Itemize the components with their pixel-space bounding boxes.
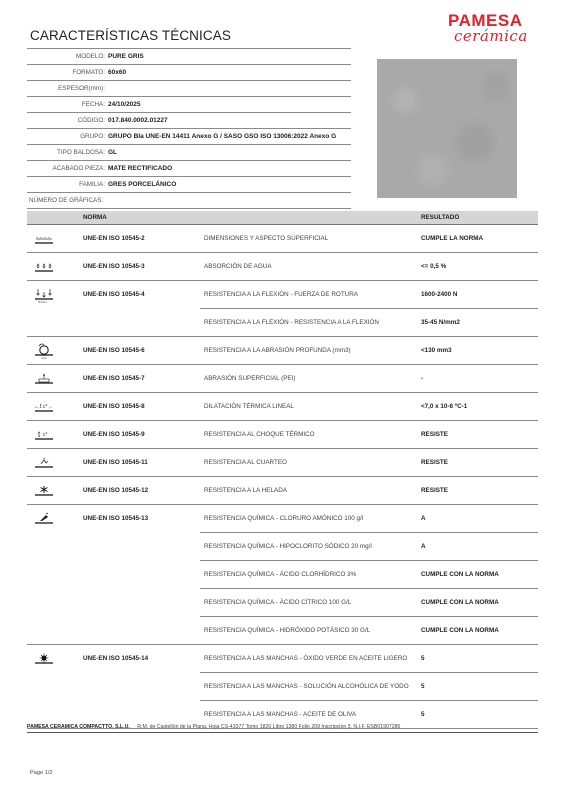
svg-text:t: t [38,430,41,439]
norm-group: N/mm²UNE-EN ISO 10545-4RESISTENCIA A LA … [27,281,538,337]
norm-group: UNE-EN ISO 10545-2DIMENSIONES Y ASPECTO … [27,225,538,253]
norma-code: UNE-EN ISO 10545-3 [83,263,145,270]
table-row: RESISTENCIA QUÍMICA - ÁCIDO CÍTRICO 100 … [200,588,538,616]
test-description: RESISTENCIA A LA FLEXIÓN - RESISTENCIA A… [204,319,379,326]
spec-row: CÓDIGO:017.840.0002.01227 [27,112,351,128]
test-description: RESISTENCIA A LA FLEXIÓN - FUERZA DE ROT… [204,291,358,298]
table-row: RESISTENCIA A LAS MANCHAS - SOLUCIÓN ALC… [200,672,538,700]
test-description: RESISTENCIA AL CUARTEO [204,459,287,466]
test-result: RESISTE [421,459,448,466]
chemical-icon [33,511,55,527]
test-result: CUMPLE CON LA NORMA [421,599,499,606]
spec-row: NÚMERO DE GRÁFICAS: [27,192,351,209]
norm-group: ←tc°→UNE-EN ISO 10545-8DILATACIÓN TÉRMIC… [27,393,538,421]
norm-group: UNE-EN ISO 10545-12RESISTENCIA A LA HELA… [27,477,538,505]
norm-group: UNE-EN ISO 10545-3ABSORCIÓN DE AGUA<= 0,… [27,253,538,281]
test-result: 35-45 N/mm2 [421,319,460,326]
spec-label: GRUPO: [27,133,108,140]
norma-code: UNE-EN ISO 10545-4 [83,291,145,298]
test-description: RESISTENCIA A LAS MANCHAS - SOLUCIÓN ALC… [204,683,409,690]
spec-row: FORMATO:60x60 [27,64,351,80]
svg-text:mm³: mm³ [41,356,47,359]
table-row: RESISTENCIA QUÍMICA - ÁCIDO CLORHÍDRICO … [200,560,538,588]
norma-code: UNE-EN ISO 10545-14 [83,655,148,662]
norm-group: UNE-EN ISO 10545-13RESISTENCIA QUÍMICA -… [27,505,538,645]
table-row: RESISTENCIA QUÍMICA - CLORURO AMÓNICO 10… [200,505,538,532]
page-title: CARACTERÍSTICAS TÉCNICAS [30,28,231,43]
test-description: RESISTENCIA AL CHOQUE TÉRMICO [204,431,315,438]
thermal-expansion-icon: ←tc°→ [33,399,55,415]
table-row: DIMENSIONES Y ASPECTO SUPERFICIALCUMPLE … [200,225,538,252]
table-row: RESISTENCIA A LA ABRASIÓN PROFUNDA (mm3)… [200,337,538,364]
svg-text:c°: c° [43,432,48,438]
spec-row: GRUPO:GRUPO BIa UNE-EN 14411 Anexo G / S… [27,128,351,144]
spec-row: ACABADO PIEZA:MATE RECTIFICADO [27,160,351,176]
table-header: NORMA RESULTADO [27,211,538,225]
test-result: <= 0,5 % [421,263,446,270]
norma-code: UNE-EN ISO 10545-11 [83,459,148,466]
spec-table: MODELO:PURE GRISFORMATO:60x60ESPESOR(mm)… [27,48,351,209]
test-description: ABSORCIÓN DE AGUA [204,263,272,270]
table-row: RESISTENCIA A LA FLEXIÓN - RESISTENCIA A… [200,308,538,336]
norma-code: UNE-EN ISO 10545-6 [83,347,145,354]
table-row: RESISTENCIA A LA FLEXIÓN - FUERZA DE ROT… [200,281,538,308]
norm-group: UNE-EN ISO 10545-11RESISTENCIA AL CUARTE… [27,449,538,477]
test-description: RESISTENCIA A LAS MANCHAS - ACEITE DE OL… [204,711,356,718]
footer-company: PAMESA CERAMICA COMPACTTO, S.L.U. [27,724,130,730]
deep-abrasion-icon: mm³ [33,343,55,359]
spec-value: GL [108,149,117,156]
spec-value: GRUPO BIa UNE-EN 14411 Anexo G / SASO GS… [108,133,336,140]
table-row: RESISTENCIA QUÍMICA - HIPOCLORITO SÓDICO… [200,532,538,560]
test-description: RESISTENCIA A LA ABRASIÓN PROFUNDA (mm3) [204,347,351,354]
test-description: ABRASIÓN SUPERFICIAL (PEI) [204,375,295,382]
brand-subtitle: cerámica [454,27,528,45]
spec-value: 24/10/2025 [108,101,141,108]
test-result: CUMPLE LA NORMA [421,235,483,242]
col-resultado-header: RESULTADO [421,214,459,221]
col-norma-header: NORMA [83,214,107,221]
footer: PAMESA CERAMICA COMPACTTO, S.L.U. R.M. d… [27,724,538,733]
test-result: CUMPLE CON LA NORMA [421,571,499,578]
norma-code: UNE-EN ISO 10545-7 [83,375,145,382]
table-row: RESISTENCIA AL CUARTEORESISTE [200,449,538,476]
spec-label: FECHA: [27,101,108,108]
test-description: RESISTENCIA QUÍMICA - ÁCIDO CLORHÍDRICO … [204,571,356,578]
spec-row: ESPESOR(mm): [27,80,351,96]
table-row: DILATACIÓN TÉRMICA LINEAL<7,0 x 10-6 ºC-… [200,393,538,420]
table-row: RESISTENCIA A LA HELADARESISTE [200,477,538,504]
test-result: 5 [421,711,425,718]
norma-code: UNE-EN ISO 10545-8 [83,403,145,410]
spec-label: ACABADO PIEZA: [27,165,108,172]
spec-row: TIPO BALDOSA:GL [27,144,351,160]
test-description: RESISTENCIA QUÍMICA - HIDRÓXIDO POTÁSICO… [204,627,370,634]
pamesa-logo: PAMESA cerámica [448,11,543,47]
test-description: DIMENSIONES Y ASPECTO SUPERFICIAL [204,235,328,242]
norma-code: UNE-EN ISO 10545-13 [83,515,148,522]
test-result: CUMPLE CON LA NORMA [421,627,499,634]
crazing-icon [33,455,55,471]
norm-group: mm³UNE-EN ISO 10545-6RESISTENCIA A LA AB… [27,337,538,365]
table-row: ABRASIÓN SUPERFICIAL (PEI)- [200,365,538,392]
norma-code: UNE-EN ISO 10545-2 [83,235,145,242]
spec-value: MATE RECTIFICADO [108,165,172,172]
test-result: 5 [421,655,425,662]
page-number: Page 1/2 [30,770,52,776]
spec-value: GRES PORCELÁNICO [108,181,176,188]
svg-text:c°→: c°→ [43,404,53,410]
spec-value: 017.840.0002.01227 [108,117,168,124]
svg-text:←t: ←t [34,404,42,410]
test-description: RESISTENCIA QUÍMICA - CLORURO AMÓNICO 10… [204,515,363,522]
test-description: RESISTENCIA A LAS MANCHAS - ÓXIDO VERDE … [204,655,407,662]
test-description: RESISTENCIA A LA HELADA [204,487,287,494]
stain-icon [33,651,55,667]
test-result: A [421,515,426,522]
norm-group: UNE-EN ISO 10545-14RESISTENCIA A LAS MAN… [27,645,538,729]
norm-group: UNE-EN ISO 10545-7ABRASIÓN SUPERFICIAL (… [27,365,538,393]
spec-label: FAMILIA: [27,181,108,188]
table-row: RESISTENCIA QUÍMICA - HIDRÓXIDO POTÁSICO… [200,616,538,644]
svg-text:N/mm²: N/mm² [38,300,47,303]
norm-table: NORMA RESULTADO UNE-EN ISO 10545-2DIMENS… [27,211,538,729]
spec-label: NÚMERO DE GRÁFICAS: [27,197,106,204]
frost-icon [33,483,55,499]
norma-code: UNE-EN ISO 10545-12 [83,487,148,494]
test-result: <7,0 x 10-6 ºC-1 [421,403,467,410]
flexion-icon: N/mm² [33,287,55,303]
norma-code: UNE-EN ISO 10545-9 [83,431,145,438]
water-absorption-icon [33,259,55,275]
spec-label: MODELO: [27,53,108,60]
test-result: <130 mm3 [421,347,452,354]
test-result: RESISTE [421,431,448,438]
spec-label: TIPO BALDOSA: [27,149,108,156]
norm-group: tc°UNE-EN ISO 10545-9RESISTENCIA AL CHOQ… [27,421,538,449]
dimensions-icon [33,231,55,247]
test-description: RESISTENCIA QUÍMICA - ÁCIDO CÍTRICO 100 … [204,599,351,606]
test-result: 5 [421,683,425,690]
test-result: - [421,375,423,382]
spec-label: CÓDIGO: [27,117,108,124]
spec-value: 60x60 [108,69,126,76]
test-result: RESISTE [421,487,448,494]
footer-registry: R.M. de Castellón de la Plana, Hoja CS-4… [137,724,400,730]
spec-row: FAMILIA:GRES PORCELÁNICO [27,176,351,192]
spec-row: MODELO:PURE GRIS [27,48,351,64]
spec-label: ESPESOR(mm): [27,85,108,92]
spec-label: FORMATO: [27,69,108,76]
tile-image [377,59,517,198]
table-row: RESISTENCIA AL CHOQUE TÉRMICORESISTE [200,421,538,448]
test-result: 1600-2400 N [421,291,457,298]
surface-abrasion-icon [33,371,55,387]
spec-row: FECHA:24/10/2025 [27,96,351,112]
thermal-shock-icon: tc° [33,427,55,443]
table-row: RESISTENCIA A LAS MANCHAS - ÓXIDO VERDE … [200,645,538,672]
test-description: RESISTENCIA QUÍMICA - HIPOCLORITO SÓDICO… [204,543,372,550]
test-description: DILATACIÓN TÉRMICA LINEAL [204,403,294,410]
spec-value: PURE GRIS [108,53,144,60]
table-row: ABSORCIÓN DE AGUA<= 0,5 % [200,253,538,280]
test-result: A [421,543,426,550]
